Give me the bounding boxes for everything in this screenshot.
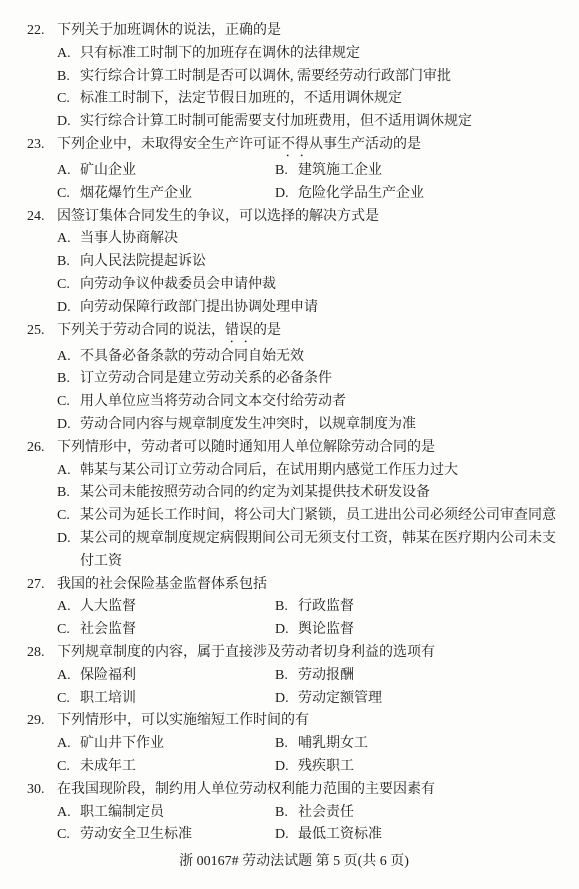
option-text: 劳动合同内容与规章制度发生冲突时，以规章制度为准 bbox=[80, 414, 416, 437]
page-footer: 浙 00167# 劳动法试题 第 5 页(共 6 页) bbox=[27, 851, 561, 874]
options-list: A. 不具备必备条款的劳动合同自始无效 B. 订立劳动合同是建立劳动关系的必备条… bbox=[57, 346, 561, 437]
option-label: D. bbox=[275, 688, 298, 711]
option-label: A. bbox=[57, 43, 80, 66]
options-list: A. 当事人协商解决 B. 向人民法院提起诉讼 C. 向劳动争议仲裁委员会申请仲… bbox=[57, 228, 561, 319]
option-row: D. 残疾职工 bbox=[275, 756, 561, 779]
option-row: B. 社会责任 bbox=[275, 802, 561, 825]
option-label: D. bbox=[275, 619, 298, 642]
question-number: 23. bbox=[27, 134, 57, 160]
option-text: 哺乳期女工 bbox=[298, 733, 368, 756]
option-text: 韩某与某公司订立劳动合同后，在试用期内感觉工作压力过大 bbox=[80, 460, 458, 483]
option-text: 建筑施工企业 bbox=[298, 160, 382, 183]
option-text: 劳动报酬 bbox=[298, 665, 354, 688]
option-label: A. bbox=[57, 160, 80, 183]
option-text: 矿山企业 bbox=[80, 160, 136, 183]
option-text: 劳动安全卫生标准 bbox=[80, 824, 192, 847]
option-row: B. 劳动报酬 bbox=[275, 665, 561, 688]
option-row: A. 保险福利 bbox=[57, 665, 275, 688]
option-row: D. 危险化学品生产企业 bbox=[275, 183, 561, 206]
option-label: D. bbox=[57, 297, 80, 320]
question-stem: 下列情形中，可以实施缩短工作时间的有 bbox=[57, 710, 309, 733]
options-grid: A. 职工编制定员 B. 社会责任 C. 劳动安全卫生标准 D. 最低工资标准 bbox=[57, 802, 561, 848]
option-label: A. bbox=[57, 802, 80, 825]
option-label: A. bbox=[57, 596, 80, 619]
option-label: B. bbox=[275, 160, 298, 183]
option-row: A. 矿山企业 bbox=[57, 160, 275, 183]
option-text: 烟花爆竹生产企业 bbox=[80, 183, 192, 206]
option-text: 危险化学品生产企业 bbox=[298, 183, 424, 206]
question-25: 25. 下列关于劳动合同的说法，错误的是 A. 不具备必备条款的劳动合同自始无效… bbox=[27, 320, 561, 437]
option-row: D. 向劳动保障行政部门提出协调处理申请 bbox=[57, 297, 561, 320]
option-label: B. bbox=[57, 66, 80, 89]
option-label: B. bbox=[57, 368, 80, 391]
option-label: D. bbox=[275, 183, 298, 206]
option-label: C. bbox=[57, 756, 80, 779]
option-text: 社会责任 bbox=[298, 802, 354, 825]
option-text-line2: 付工资 bbox=[80, 551, 556, 574]
option-label: B. bbox=[275, 802, 298, 825]
option-row: A. 不具备必备条款的劳动合同自始无效 bbox=[57, 346, 561, 369]
question-stem: 下列关于加班调休的说法，正确的是 bbox=[57, 20, 281, 43]
option-row: B. 建筑施工企业 bbox=[275, 160, 561, 183]
stem-pre: 下列企业中，未取得安全生产许可证 bbox=[57, 137, 281, 152]
option-label: A. bbox=[57, 665, 80, 688]
option-row: D. 实行综合计算工时制可能需要支付加班费用，但不适用调休规定 bbox=[57, 111, 561, 134]
option-text: 职工培训 bbox=[80, 688, 136, 711]
option-row: C. 劳动安全卫生标准 bbox=[57, 824, 275, 847]
stem-emphasized: 不得 bbox=[281, 137, 309, 152]
option-row: A. 人大监督 bbox=[57, 596, 275, 619]
option-text: 劳动定额管理 bbox=[298, 688, 382, 711]
option-text-line1: 某公司的规章制度规定病假期间公司无须支付工资，韩某在医疗期内公司未支 bbox=[80, 528, 556, 551]
option-label: B. bbox=[57, 482, 80, 505]
question-23: 23. 下列企业中，未取得安全生产许可证不得从事生产活动的是 A. 矿山企业 B… bbox=[27, 134, 561, 206]
option-text: 不具备必备条款的劳动合同自始无效 bbox=[80, 346, 304, 369]
stem-pre: 下列关于劳动合同的说法， bbox=[57, 323, 225, 338]
option-row: D. 最低工资标准 bbox=[275, 824, 561, 847]
options-grid: A. 人大监督 B. 行政监督 C. 社会监督 D. 舆论监督 bbox=[57, 596, 561, 642]
question-stem-row: 27. 我国的社会保险基金监督体系包括 bbox=[27, 574, 561, 597]
option-label: C. bbox=[57, 505, 80, 528]
option-row: C. 用人单位应当将劳动合同文本交付给劳动者 bbox=[57, 391, 561, 414]
options-list: A. 只有标准工时制下的加班存在调休的法律规定 B. 实行综合计算工时制是否可以… bbox=[57, 43, 561, 134]
option-label: A. bbox=[57, 228, 80, 251]
option-label: C. bbox=[57, 274, 80, 297]
question-number: 29. bbox=[27, 710, 57, 733]
option-label: A. bbox=[57, 346, 80, 369]
option-row: C. 某公司为延长工作时间，将公司大门紧锁，员工进出公司必须经公司审查同意 bbox=[57, 505, 561, 528]
option-label: D. bbox=[57, 111, 80, 134]
option-row: D. 舆论监督 bbox=[275, 619, 561, 642]
option-text: 未成年工 bbox=[80, 756, 136, 779]
option-row: A. 韩某与某公司订立劳动合同后，在试用期内感觉工作压力过大 bbox=[57, 460, 561, 483]
option-text: 向劳动争议仲裁委员会申请仲裁 bbox=[80, 274, 276, 297]
question-stem-row: 26. 下列情形中，劳动者可以随时通知用人单位解除劳动合同的是 bbox=[27, 437, 561, 460]
question-stem: 在我国现阶段，制约用人单位劳动权利能力范围的主要因素有 bbox=[57, 779, 435, 802]
option-label: D. bbox=[275, 824, 298, 847]
question-stem-row: 28. 下列规章制度的内容，属于直接涉及劳动者切身利益的选项有 bbox=[27, 642, 561, 665]
question-stem: 下列规章制度的内容，属于直接涉及劳动者切身利益的选项有 bbox=[57, 642, 435, 665]
option-text: 职工编制定员 bbox=[80, 802, 164, 825]
option-row: C. 标准工时制下，法定节假日加班的，不适用调休规定 bbox=[57, 88, 561, 111]
question-stem-row: 24. 因签订集体合同发生的争议，可以选择的解决方式是 bbox=[27, 206, 561, 229]
option-text-block: 某公司的规章制度规定病假期间公司无须支付工资，韩某在医疗期内公司未支 付工资 bbox=[80, 528, 556, 574]
option-text: 某公司为延长工作时间，将公司大门紧锁，员工进出公司必须经公司审查同意 bbox=[80, 505, 556, 528]
option-text: 实行综合计算工时制是否可以调休, 需要经劳动行政部门审批 bbox=[80, 66, 451, 89]
stem-emphasized: 错误 bbox=[225, 323, 253, 338]
question-stem-row: 23. 下列企业中，未取得安全生产许可证不得从事生产活动的是 bbox=[27, 134, 561, 160]
question-number: 24. bbox=[27, 206, 57, 229]
option-text: 只有标准工时制下的加班存在调休的法律规定 bbox=[80, 43, 360, 66]
option-label: C. bbox=[57, 183, 80, 206]
option-row: B. 行政监督 bbox=[275, 596, 561, 619]
option-row: A. 当事人协商解决 bbox=[57, 228, 561, 251]
question-stem: 因签订集体合同发生的争议，可以选择的解决方式是 bbox=[57, 206, 379, 229]
option-text: 社会监督 bbox=[80, 619, 136, 642]
option-text: 舆论监督 bbox=[298, 619, 354, 642]
question-stem-row: 25. 下列关于劳动合同的说法，错误的是 bbox=[27, 320, 561, 346]
option-text: 向人民法院提起诉讼 bbox=[80, 251, 206, 274]
option-text: 行政监督 bbox=[298, 596, 354, 619]
option-row: A. 只有标准工时制下的加班存在调休的法律规定 bbox=[57, 43, 561, 66]
option-label: B. bbox=[275, 596, 298, 619]
option-label: A. bbox=[57, 460, 80, 483]
option-row: B. 某公司未能按照劳动合同的约定为刘某提供技术研发设备 bbox=[57, 482, 561, 505]
options-list: A. 韩某与某公司订立劳动合同后，在试用期内感觉工作压力过大 B. 某公司未能按… bbox=[57, 460, 561, 574]
option-label: B. bbox=[57, 251, 80, 274]
option-label: D. bbox=[57, 528, 80, 574]
question-22: 22. 下列关于加班调休的说法，正确的是 A. 只有标准工时制下的加班存在调休的… bbox=[27, 20, 561, 134]
question-stem-row: 29. 下列情形中，可以实施缩短工作时间的有 bbox=[27, 710, 561, 733]
option-text: 向劳动保障行政部门提出协调处理申请 bbox=[80, 297, 318, 320]
options-grid: A. 保险福利 B. 劳动报酬 C. 职工培训 D. 劳动定额管理 bbox=[57, 665, 561, 711]
option-label: C. bbox=[57, 688, 80, 711]
option-row: C. 社会监督 bbox=[57, 619, 275, 642]
option-row: B. 实行综合计算工时制是否可以调休, 需要经劳动行政部门审批 bbox=[57, 66, 561, 89]
question-27: 27. 我国的社会保险基金监督体系包括 A. 人大监督 B. 行政监督 C. 社… bbox=[27, 574, 561, 642]
option-text: 实行综合计算工时制可能需要支付加班费用，但不适用调休规定 bbox=[80, 111, 472, 134]
option-label: C. bbox=[57, 619, 80, 642]
stem-post: 从事生产活动的是 bbox=[309, 137, 421, 152]
question-number: 25. bbox=[27, 320, 57, 346]
option-text: 标准工时制下，法定节假日加班的，不适用调休规定 bbox=[80, 88, 402, 111]
option-label: C. bbox=[57, 88, 80, 111]
option-text: 保险福利 bbox=[80, 665, 136, 688]
option-label: B. bbox=[275, 733, 298, 756]
question-stem-row: 30. 在我国现阶段，制约用人单位劳动权利能力范围的主要因素有 bbox=[27, 779, 561, 802]
option-text: 用人单位应当将劳动合同文本交付给劳动者 bbox=[80, 391, 346, 414]
option-row: B. 订立劳动合同是建立劳动关系的必备条件 bbox=[57, 368, 561, 391]
option-row: C. 向劳动争议仲裁委员会申请仲裁 bbox=[57, 274, 561, 297]
option-text: 最低工资标准 bbox=[298, 824, 382, 847]
exam-page: 22. 下列关于加班调休的说法，正确的是 A. 只有标准工时制下的加班存在调休的… bbox=[0, 0, 579, 889]
question-number: 30. bbox=[27, 779, 57, 802]
option-label: D. bbox=[57, 414, 80, 437]
option-label: B. bbox=[275, 665, 298, 688]
option-text: 订立劳动合同是建立劳动关系的必备条件 bbox=[80, 368, 332, 391]
question-number: 28. bbox=[27, 642, 57, 665]
option-label: C. bbox=[57, 391, 80, 414]
question-number: 22. bbox=[27, 20, 57, 43]
option-row: C. 未成年工 bbox=[57, 756, 275, 779]
option-text: 人大监督 bbox=[80, 596, 136, 619]
option-row: B. 哺乳期女工 bbox=[275, 733, 561, 756]
option-row: A. 职工编制定员 bbox=[57, 802, 275, 825]
question-29: 29. 下列情形中，可以实施缩短工作时间的有 A. 矿山井下作业 B. 哺乳期女… bbox=[27, 710, 561, 778]
stem-post: 的是 bbox=[253, 323, 281, 338]
options-grid: A. 矿山企业 B. 建筑施工企业 C. 烟花爆竹生产企业 D. 危险化学品生产… bbox=[57, 160, 561, 206]
question-stem: 我国的社会保险基金监督体系包括 bbox=[57, 574, 267, 597]
option-row: D. 劳动定额管理 bbox=[275, 688, 561, 711]
question-stem: 下列情形中，劳动者可以随时通知用人单位解除劳动合同的是 bbox=[57, 437, 435, 460]
option-label: C. bbox=[57, 824, 80, 847]
question-number: 26. bbox=[27, 437, 57, 460]
option-text: 矿山井下作业 bbox=[80, 733, 164, 756]
option-row: C. 职工培训 bbox=[57, 688, 275, 711]
question-number: 27. bbox=[27, 574, 57, 597]
question-26: 26. 下列情形中，劳动者可以随时通知用人单位解除劳动合同的是 A. 韩某与某公… bbox=[27, 437, 561, 574]
option-row: D. 某公司的规章制度规定病假期间公司无须支付工资，韩某在医疗期内公司未支 付工… bbox=[57, 528, 561, 574]
question-stem-row: 22. 下列关于加班调休的说法，正确的是 bbox=[27, 20, 561, 43]
options-grid: A. 矿山井下作业 B. 哺乳期女工 C. 未成年工 D. 残疾职工 bbox=[57, 733, 561, 779]
option-row: B. 向人民法院提起诉讼 bbox=[57, 251, 561, 274]
option-row: A. 矿山井下作业 bbox=[57, 733, 275, 756]
option-row: D. 劳动合同内容与规章制度发生冲突时，以规章制度为准 bbox=[57, 414, 561, 437]
option-label: D. bbox=[275, 756, 298, 779]
option-row: C. 烟花爆竹生产企业 bbox=[57, 183, 275, 206]
question-28: 28. 下列规章制度的内容，属于直接涉及劳动者切身利益的选项有 A. 保险福利 … bbox=[27, 642, 561, 710]
question-stem: 下列关于劳动合同的说法，错误的是 bbox=[57, 320, 281, 346]
question-stem: 下列企业中，未取得安全生产许可证不得从事生产活动的是 bbox=[57, 134, 421, 160]
option-text: 残疾职工 bbox=[298, 756, 354, 779]
option-text: 当事人协商解决 bbox=[80, 228, 178, 251]
question-24: 24. 因签订集体合同发生的争议，可以选择的解决方式是 A. 当事人协商解决 B… bbox=[27, 206, 561, 320]
option-label: A. bbox=[57, 733, 80, 756]
question-30: 30. 在我国现阶段，制约用人单位劳动权利能力范围的主要因素有 A. 职工编制定… bbox=[27, 779, 561, 847]
option-text: 某公司未能按照劳动合同的约定为刘某提供技术研发设备 bbox=[80, 482, 430, 505]
